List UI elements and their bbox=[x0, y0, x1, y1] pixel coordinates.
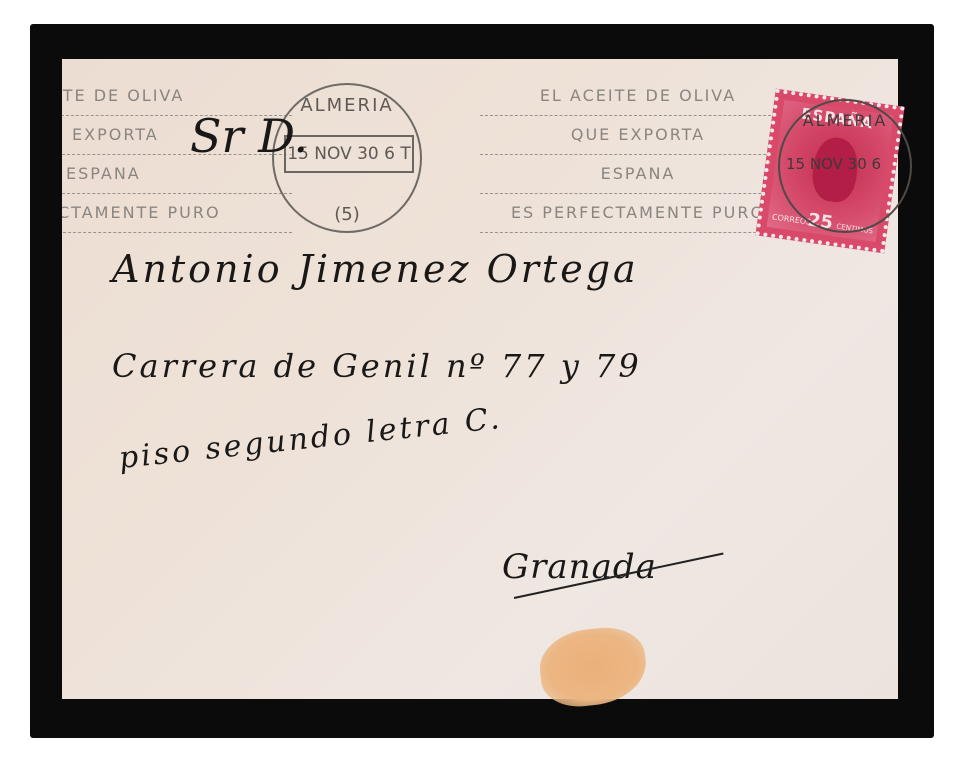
slogan-line: ES PERFECTAMENTE PURO bbox=[480, 194, 796, 233]
cancel-date: 15 NOV 30 6 bbox=[786, 155, 881, 173]
slogan-line: CTAMENTE PURO bbox=[62, 194, 292, 233]
slogan-line: QUE EXPORTA bbox=[480, 116, 796, 155]
address-city: Granada bbox=[502, 547, 657, 587]
postmark-number: (5) bbox=[274, 204, 420, 225]
slogan-line: ESPANA bbox=[480, 155, 796, 194]
address-floor: piso segundo letra C. bbox=[117, 401, 504, 476]
stamp-cancel-postmark: ALMERIA 15 NOV 30 6 bbox=[778, 99, 912, 233]
orange-stain bbox=[536, 624, 649, 711]
address-street: Carrera de Genil nº 77 y 79 bbox=[112, 347, 642, 385]
salutation: Sr D. bbox=[190, 109, 308, 163]
envelope-paper: ITE DE OLIVA EXPORTA ESPANA CTAMENTE PUR… bbox=[62, 59, 898, 699]
cancel-city: ALMERIA bbox=[780, 111, 910, 130]
mourning-envelope: ITE DE OLIVA EXPORTA ESPANA CTAMENTE PUR… bbox=[30, 24, 934, 738]
slogan-line: EL ACEITE DE OLIVA bbox=[480, 77, 796, 116]
addressee-name: Antonio Jimenez Ortega bbox=[112, 247, 639, 291]
slogan-cancel-right: EL ACEITE DE OLIVA QUE EXPORTA ESPANA ES… bbox=[480, 77, 796, 233]
